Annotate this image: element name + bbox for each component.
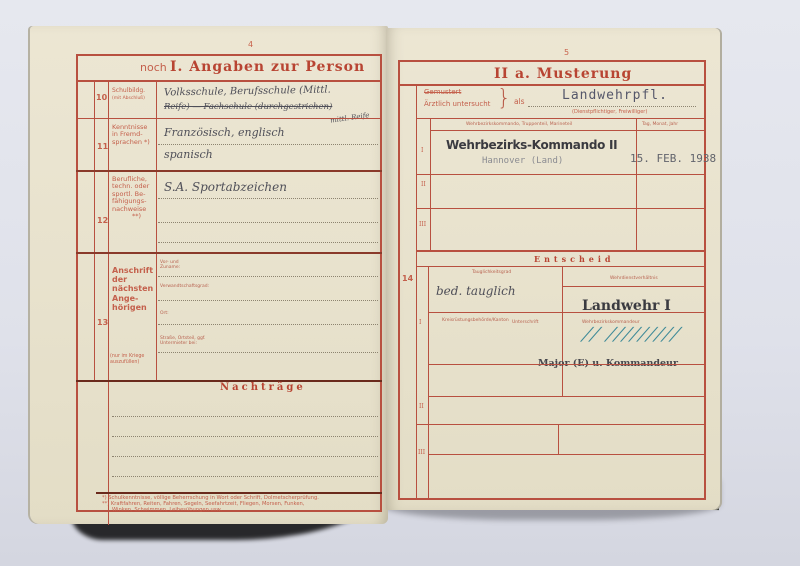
label-schulbildung: Schulbildg. <box>112 88 145 95</box>
rule <box>94 80 95 380</box>
rule <box>76 118 382 119</box>
dotted-line <box>112 456 378 457</box>
entry-fremdsprachen-2: spanisch <box>164 148 213 161</box>
rule <box>428 396 706 397</box>
entry-fremdsprachen: Französisch, englisch <box>164 126 285 139</box>
rule <box>428 364 706 365</box>
header-prefix: noch <box>140 62 167 75</box>
rule <box>416 424 706 425</box>
entry-befaehigung: S.A. Sportabzeichen <box>164 180 287 194</box>
rule <box>398 84 706 86</box>
label-schulbildung-sub: (mit Abschluß) <box>112 96 145 101</box>
als-label: als <box>514 98 525 107</box>
sub-kreis: Kreisrüstungsbehörde/Kanton <box>442 318 509 323</box>
section-title: II a. Musterung <box>494 66 632 82</box>
dotted-line <box>528 106 696 107</box>
footnotes: *) Schulkenntnisse, völlige Beherrschung… <box>102 496 382 514</box>
subfield-name: Vor- und Zuname: <box>160 260 200 270</box>
section-title: I. Angaben zur Person <box>170 59 365 75</box>
roman-III: III <box>419 222 426 229</box>
als-value: Landwehrpfl. <box>562 88 668 103</box>
dotted-line <box>158 352 378 353</box>
entscheid-title: Entscheid <box>534 254 615 264</box>
dotted-line <box>158 144 378 145</box>
sub-unterschrift: Unterschrift <box>512 320 539 325</box>
dotted-line <box>158 198 378 199</box>
als-hint: (Dienstpflichtiger, Freiwilliger) <box>572 110 647 116</box>
roman-II: II <box>421 182 426 189</box>
col-tauglichkeit: Tauglichkeitsgrad <box>472 270 511 275</box>
row-number: 10 <box>96 93 107 102</box>
roman-I: I <box>421 148 423 155</box>
label-befaehigung: Berufliche, techn. oder sportl. Be- fähi… <box>112 176 149 221</box>
entry-tauglichkeit: bed. tauglich <box>436 284 516 298</box>
rule <box>416 84 417 500</box>
rule <box>76 80 382 82</box>
signature-blue: // ///////// <box>580 324 684 345</box>
dotted-line <box>112 476 378 477</box>
rule <box>428 312 706 313</box>
nachtraege-title: Nachträge <box>220 382 306 393</box>
stamp-hannover: Hannover (Land) <box>482 156 563 166</box>
option-aerztlich-untersucht: Ärztlich untersucht <box>424 100 490 108</box>
rule <box>430 118 431 252</box>
rule <box>416 208 706 209</box>
header-date: Tag, Monat, Jahr <box>642 122 678 127</box>
label-angehoerige: Anschrift der nächsten Ange- hörigen <box>112 266 153 312</box>
row-number: 12 <box>97 216 108 225</box>
date-stamp: 15. FEB. 1938 <box>630 152 716 165</box>
rule <box>96 492 382 494</box>
rule <box>558 424 559 454</box>
rule <box>636 118 637 252</box>
entry-schulbildung-2: Reife) — Fachschule (durchgestrichen) <box>164 102 332 112</box>
roman-II: II <box>419 404 424 411</box>
subfield-verwandtschaft: Verwandtschaftsgrad: <box>160 284 200 289</box>
page-number: 4 <box>248 40 253 49</box>
row-number: 11 <box>97 142 108 151</box>
rule <box>416 174 706 175</box>
dotted-line <box>112 436 378 437</box>
rule <box>76 252 382 254</box>
dotted-line <box>158 242 378 243</box>
page-number: 5 <box>564 48 569 57</box>
rule <box>416 118 706 119</box>
rule <box>562 286 706 287</box>
subfield-strasse: Straße, Ortsteil, ggf. Untermieter bei: <box>160 336 230 346</box>
rule <box>416 250 706 252</box>
label-angehoerige-note: (nur im Kriege auszufüllen) <box>110 354 156 365</box>
row-number: 14 <box>402 274 413 283</box>
label-fremdsprachen: Kenntnisse in Fremd- sprachen *) <box>112 124 150 146</box>
rule <box>76 170 382 172</box>
option-gemustert: Gemustert <box>424 88 461 96</box>
roman-III: III <box>418 450 425 457</box>
rule <box>430 130 706 131</box>
brace-icon: } <box>497 86 511 111</box>
row-number: 13 <box>97 318 108 327</box>
rule <box>428 266 429 500</box>
dotted-line <box>112 416 378 417</box>
stamp-wehrbezirkskommando: Wehrbezirks-Kommando II <box>446 138 617 152</box>
dotted-line <box>158 276 378 277</box>
header-office: Wehrbezirkskommando, Truppenteil, Marine… <box>466 122 572 127</box>
subfield-ort: Ort: <box>160 311 169 316</box>
roman-I: I <box>419 320 421 327</box>
dotted-line <box>158 300 378 301</box>
rule <box>416 266 706 267</box>
rule <box>428 454 706 455</box>
rule <box>108 80 109 525</box>
left-page: 4 noch I. Angaben zur Person 10 Schulbil… <box>30 26 388 524</box>
col-wehrdienst: Wehrdienstverhältnis <box>610 276 658 281</box>
right-page: 5 II a. Musterung Gemustert Ärztlich unt… <box>386 28 720 510</box>
rule <box>156 80 157 380</box>
dotted-line <box>158 222 378 223</box>
dotted-line <box>158 324 378 325</box>
